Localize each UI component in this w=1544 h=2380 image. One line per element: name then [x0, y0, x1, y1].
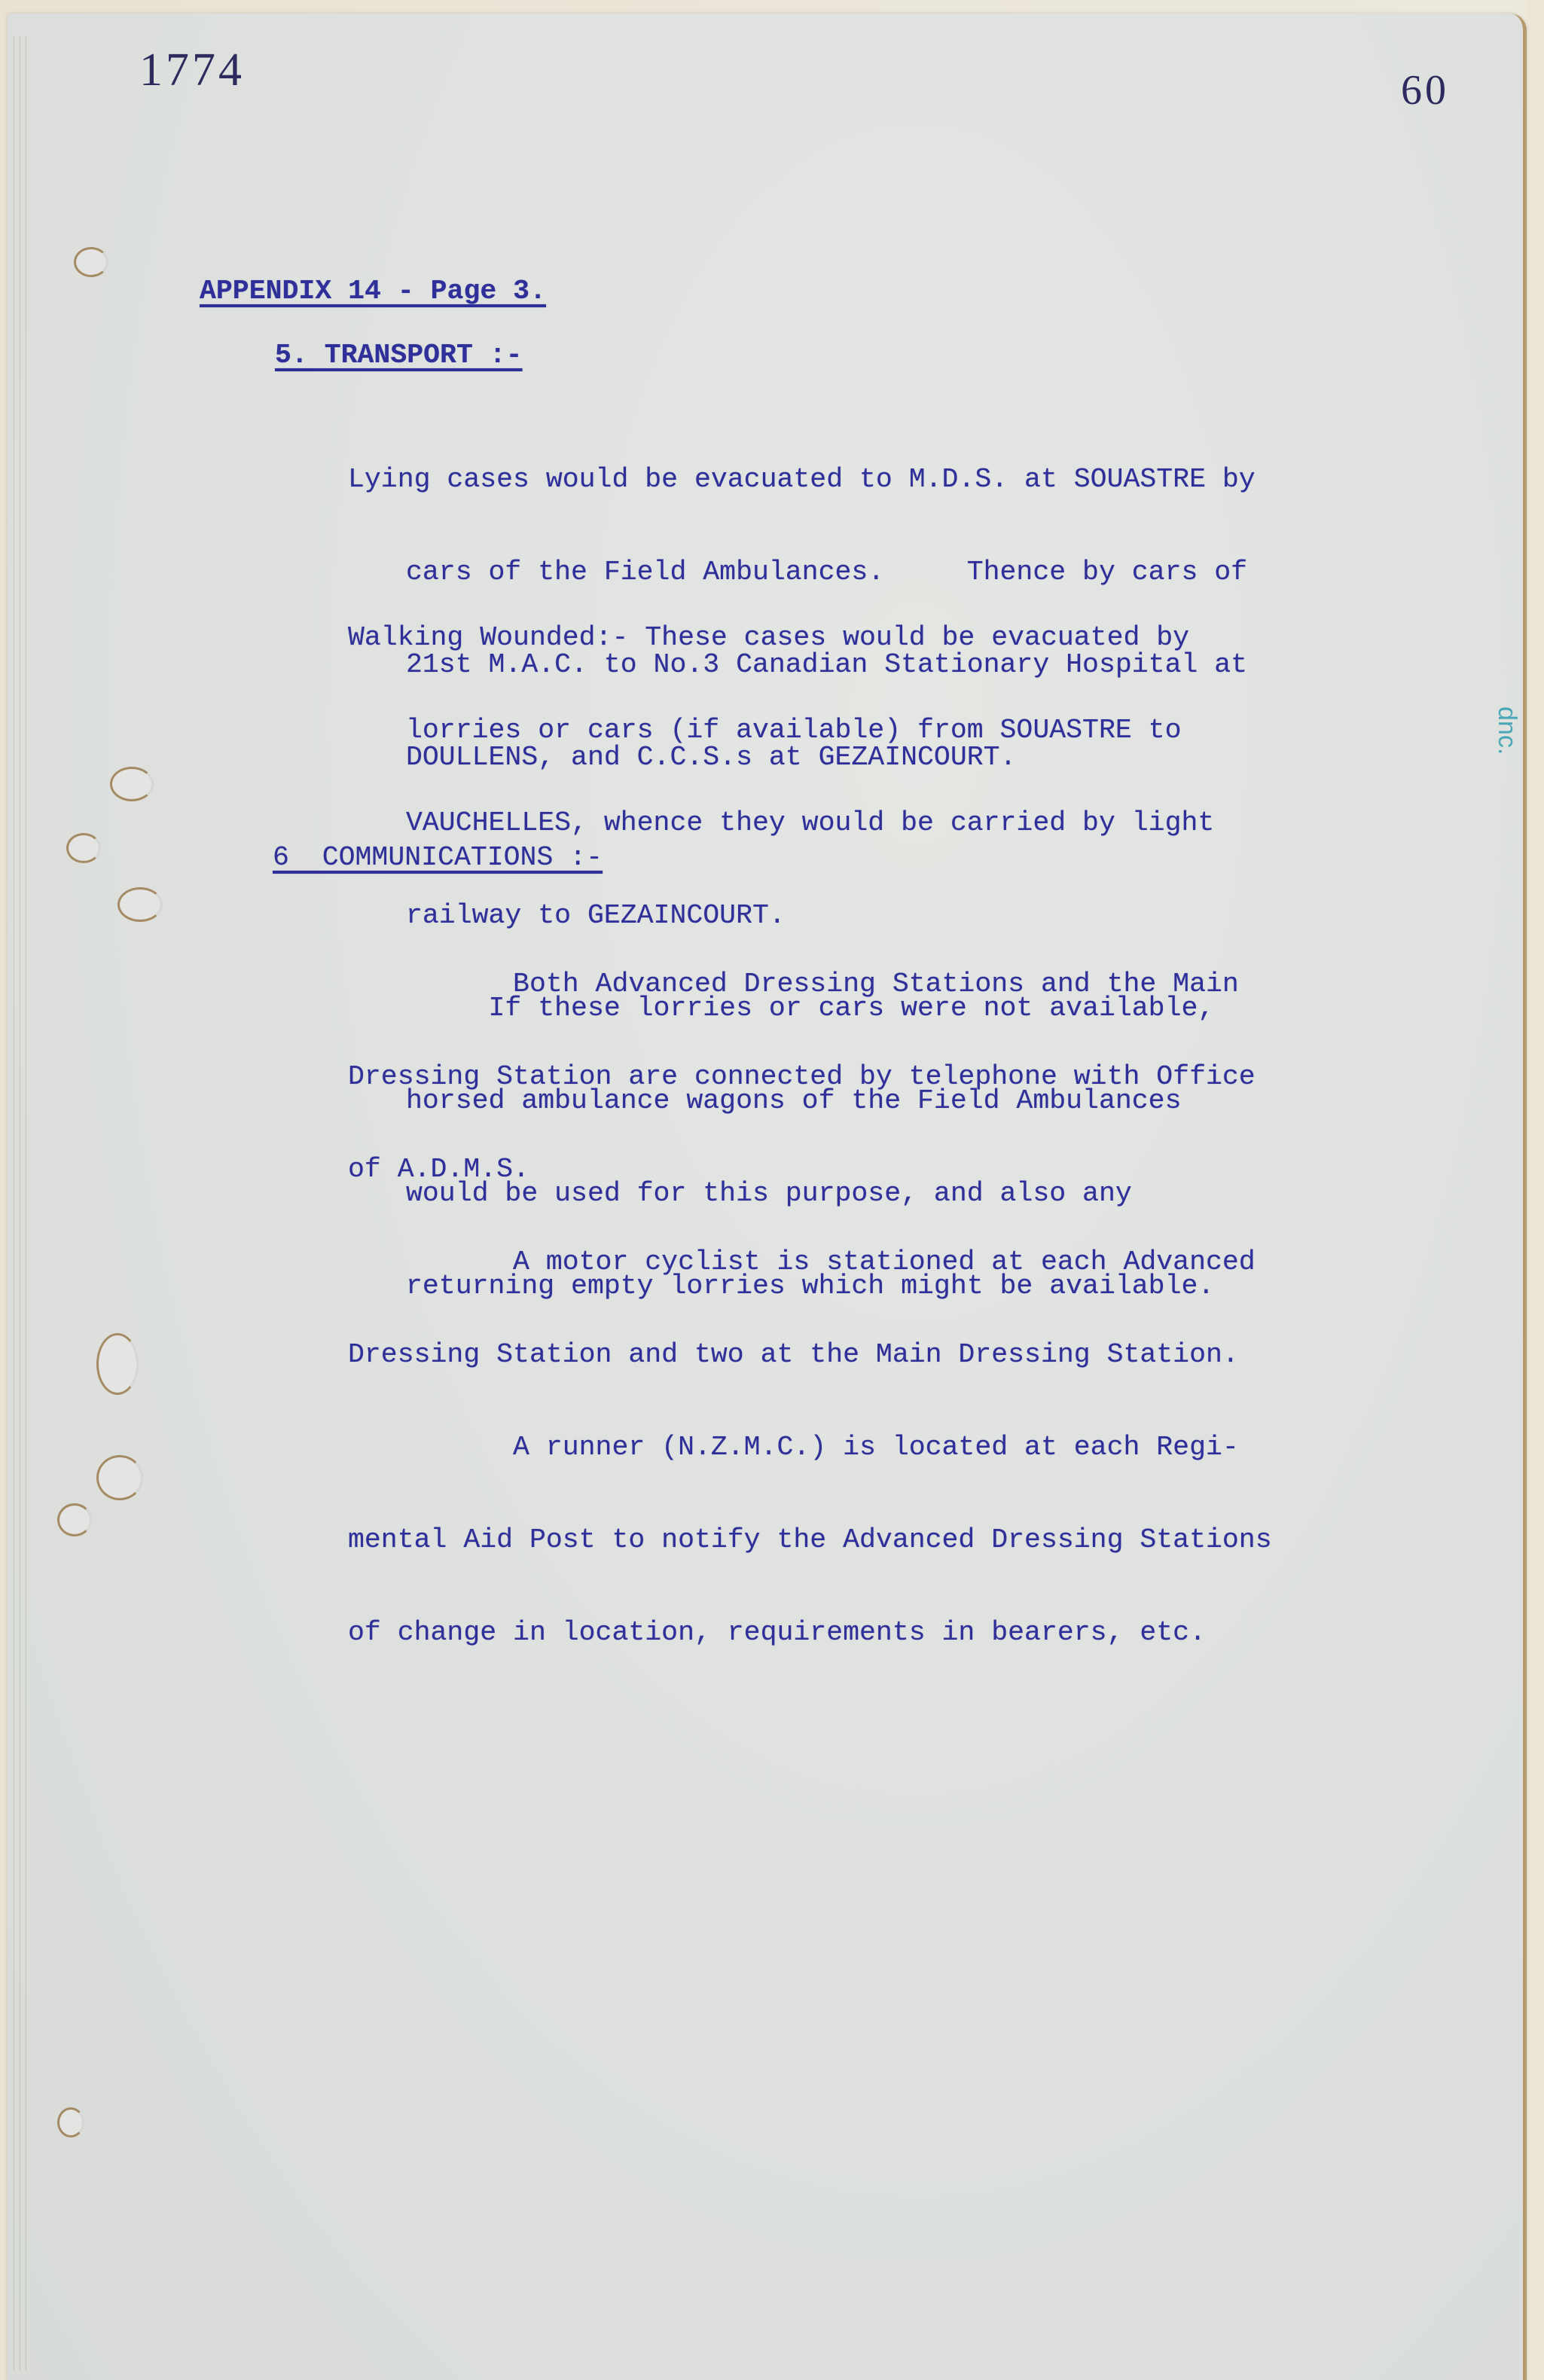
- punch-hole: [110, 767, 154, 801]
- text-line: mental Aid Post to notify the Advanced D…: [348, 1524, 1272, 1555]
- text-line: Dressing Station are connected by teleph…: [348, 1061, 1272, 1092]
- appendix-heading: APPENDIX 14 - Page 3.: [200, 276, 546, 307]
- punch-hole: [96, 1455, 143, 1500]
- text-line: A runner (N.Z.M.C.) is located at each R…: [348, 1432, 1272, 1463]
- punch-hole: [57, 1503, 92, 1536]
- underlying-page-edge: [1527, 0, 1544, 2380]
- text-line: Dressing Station and two at the Main Dre…: [348, 1339, 1272, 1370]
- text-line: Both Advanced Dressing Stations and the …: [348, 969, 1272, 999]
- section-title-communications: 6 COMMUNICATIONS :-: [273, 842, 603, 873]
- text-line: Walking Wounded:- These cases would be e…: [348, 622, 1214, 653]
- side-annotation: dnc.: [1492, 706, 1521, 755]
- communications-paragraph: Both Advanced Dressing Stations and the …: [348, 907, 1272, 1710]
- text-line: lorries or cars (if available) from SOUA…: [348, 715, 1214, 746]
- text-line: A motor cyclist is stationed at each Adv…: [348, 1246, 1272, 1277]
- document-page: dnc. 1774 60 APPENDIX 14 - Page 3. 5. TR…: [8, 14, 1527, 2380]
- section-title-transport: 5. TRANSPORT :-: [275, 340, 523, 371]
- text-line: of A.D.M.S.: [348, 1154, 1272, 1185]
- text-line: of change in location, requirements in b…: [348, 1617, 1272, 1648]
- binding-crease: [11, 36, 27, 2371]
- punch-hole: [117, 887, 163, 922]
- punch-hole: [96, 1333, 139, 1395]
- text-line: Lying cases would be evacuated to M.D.S.…: [348, 464, 1256, 495]
- file-number-stamp: 1774: [139, 44, 245, 97]
- punch-hole: [66, 833, 101, 863]
- punch-hole: [57, 2107, 84, 2137]
- text-line: VAUCHELLES, whence they would be carried…: [348, 807, 1214, 838]
- page-number-stamp: 60: [1401, 66, 1449, 114]
- punch-hole: [74, 247, 108, 277]
